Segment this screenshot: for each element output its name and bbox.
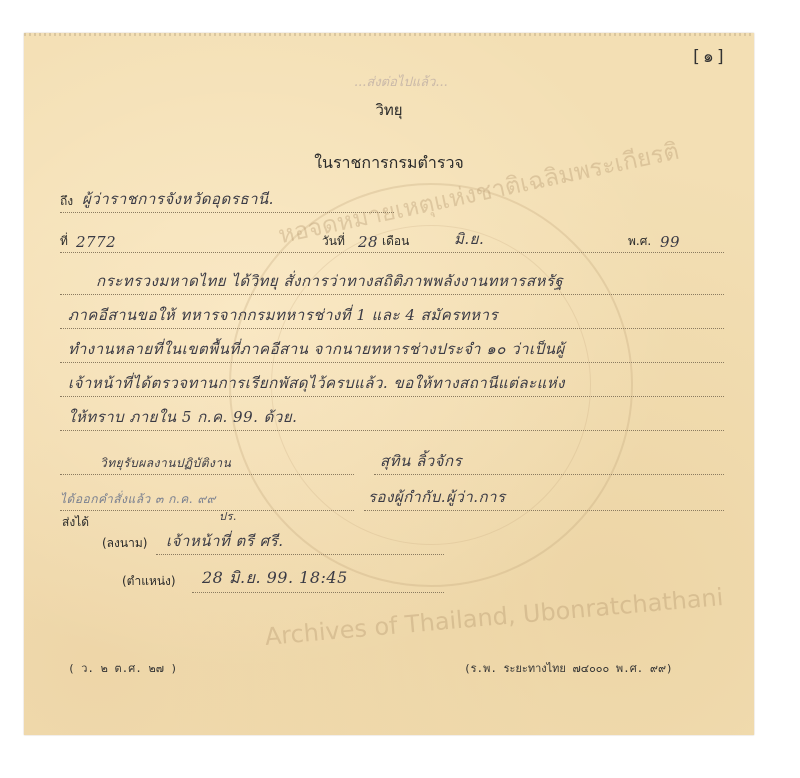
day-value: 28	[358, 233, 378, 251]
body-line: เจ้าหน้าที่ได้ตรวจทานการเรียกพัสดุไว้ครบ…	[60, 371, 724, 399]
year-label: พ.ศ.	[628, 232, 651, 251]
body-line: ทำงานหลายที่ในเขตพื้นที่ภาคอีสาน จากนายท…	[60, 337, 724, 365]
note-line-1: วิทยุรับผลงานปฏิบัติงาน	[60, 453, 354, 477]
month-label: เดือน	[382, 232, 409, 251]
sign-initials: ปร.	[219, 507, 237, 525]
body-line: ให้ทราบ ภายใน 5 ก.ค. 99. ด้วย.	[60, 405, 724, 433]
sent-label: ส่งได้	[62, 513, 89, 532]
year-value: 99	[660, 233, 680, 251]
page-number: [๑]	[691, 43, 728, 70]
note-line-2: ได้ออกคำสั่งแล้ว ๓ ก.ค. ๙๙	[60, 489, 354, 513]
position-line: (ตำแหน่ง) 28 มิ.ย. 99. 18:45	[122, 571, 444, 595]
month-value: มิ.ย.	[454, 227, 484, 251]
heading: วิทยุ	[24, 98, 754, 122]
sender-title: รองผู้กำกับ.ผู้ว่า.การ	[368, 485, 506, 509]
subheading: ในราชการกรมตำรวจ	[24, 151, 754, 176]
document-paper: หอจดหมายเหตุแห่งชาติเฉลิมพระเกียรติ Arch…	[24, 33, 754, 735]
number-value: 2772	[76, 233, 116, 251]
to-value: ผู้ว่าราชการจังหวัดอุดรธานี.	[82, 187, 274, 211]
sender-name-line: สุทิน ลิ้วจักร	[374, 453, 724, 477]
sign-label: (ลงนาม)	[102, 534, 147, 553]
footer-form-code: ( ว. ๒ ต.ศ. ๒๗ )	[68, 659, 177, 677]
footer-printer: (ร.พ. ระยะทางไทย ๗๔๐๐๐ พ.ศ. ๙๙)	[464, 659, 673, 677]
day-label: วันที่	[322, 232, 345, 251]
position-label: (ตำแหน่ง)	[122, 572, 176, 591]
sender-title-line: รองผู้กำกับ.ผู้ว่า.การ	[364, 489, 724, 513]
body-line: ภาคอีสานขอให้ ทหารจากกรมทหารช่างที่ 1 แล…	[60, 303, 724, 331]
signature-line: (ลงนาม) เจ้าหน้าที่ ตรี ศรี.	[102, 533, 444, 557]
position-value: 28 มิ.ย. 99. 18:45	[202, 566, 348, 591]
to-field: ถึง ผู้ว่าราชการจังหวัดอุดรธานี.	[60, 191, 394, 215]
number-date-row: ที่ 2772 วันที่ 28 เดือน มิ.ย. พ.ศ. 99	[60, 231, 724, 255]
to-label: ถึง	[60, 192, 73, 211]
faint-note: ...ส่งต่อไปแล้ว...	[354, 71, 448, 92]
sign-value: เจ้าหน้าที่ ตรี ศรี.	[166, 529, 283, 553]
sender-name: สุทิน ลิ้วจักร	[380, 449, 462, 473]
number-label: ที่	[60, 232, 68, 251]
body-line: กระทรวงมหาดไทย ได้วิทยุ สั่งการว่าทางสถิ…	[60, 269, 724, 297]
